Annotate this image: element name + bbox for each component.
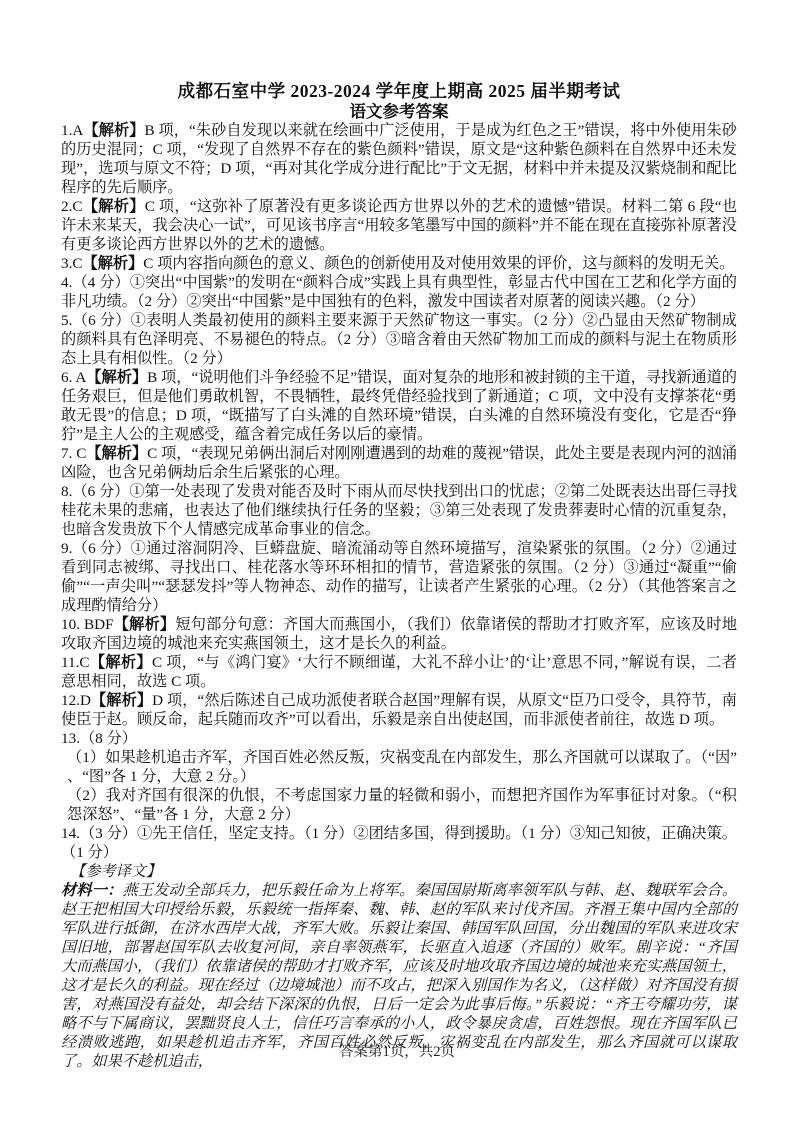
- paragraph-text: C 项，“表现兄弟俩出洞后对刚刚遭遇到的劫难的蔑视”错误，此处主要是表现内河的汹…: [61, 445, 737, 481]
- answer-6: 6. A【解析】B 项，“说明他们斗争经验不足”错误，面对复杂的地形和被封锁的主…: [61, 368, 737, 444]
- answer-3: 3.C【解析】C 项内容指向颜色的意义、颜色的创新使用及对使用效果的评价，这与颜…: [61, 254, 737, 273]
- answers-body: 1.A【解析】B 项，“朱砂自发现以来就在绘画中广泛使用，于是成为红色之王”错误…: [61, 121, 737, 1071]
- paragraph-label: 【解析】: [90, 654, 152, 671]
- paragraph-text: 13.（8 分）: [61, 730, 137, 747]
- paragraph-text: 4.（4 分）①突出“中国紫”的发明在“颜料合成”实践上具有典型性，彰显古代中国…: [61, 274, 737, 310]
- paragraph-text: 【参考译文】: [70, 863, 161, 880]
- answer-11: 11.C【解析】C 项，“与《鸿门宴》‘大行不顾细谨，大礼不辞小让’的‘让’意思…: [61, 653, 737, 691]
- paragraph-text: 7. C: [61, 445, 86, 462]
- paragraph-label: 【解析】: [83, 255, 144, 272]
- answer-5: 5.（6 分）①表明人类最初使用的颜料主要来源于天然矿物这一事实。（2 分）②凸…: [61, 311, 737, 368]
- paragraph-label: 【解析】: [83, 122, 144, 139]
- paragraph-text: 5.（6 分）①表明人类最初使用的颜料主要来源于天然矿物这一事实。（2 分）②凸…: [61, 312, 737, 367]
- paragraph-text: D 项，“然后陈述自己成功派使者联合赵国”理解有误，从原文“臣乃口受令，具符节，…: [61, 692, 737, 728]
- answer-10: 10. BDF【解析】短句部分句意：齐国大而燕国小，（我们）依靠诸侯的帮助才打败…: [61, 615, 737, 653]
- paragraph-label: 【解析】: [86, 445, 147, 462]
- paragraph-text: B 项，“朱砂自发现以来就在绘画中广泛使用，于是成为红色之王”错误，将中外使用朱…: [61, 122, 737, 196]
- answer-1: 1.A【解析】B 项，“朱砂自发现以来就在绘画中广泛使用，于是成为红色之王”错误…: [61, 121, 737, 197]
- paragraph-text: 12.D: [61, 692, 91, 709]
- paragraph-label: 【解析】: [91, 692, 152, 709]
- paragraph-label: 【解析】: [83, 198, 145, 215]
- paragraph-text: 14.（3 分）①先王信任，坚定支持。（1 分）②团结多国，得到援助。（1 分）…: [61, 825, 737, 861]
- paragraph-text: （2）我对齐国有很深的仇恨，不考虑国家力量的轻微和弱小，而想把齐国作为军事征讨对…: [67, 787, 737, 823]
- paragraph-text: 8.（6 分）①第一处表现了发贵对能否及时下雨从而尽快找到出口的忧虑；②第二处既…: [61, 483, 737, 538]
- answer-2: 2.C【解析】C 项，“这弥补了原著没有更多谈论西方世界以外的艺术的遗憾”错误。…: [61, 197, 737, 254]
- answer-8: 8.（6 分）①第一处表现了发贵对能否及时下雨从而尽快找到出口的忧虑；②第二处既…: [61, 482, 737, 539]
- paragraph-text: （1）如果趁机追击齐军，齐国百姓必然反叛，灾祸变乱在内部发生，那么齐国就可以谋取…: [67, 749, 737, 785]
- paragraph-text: 11.C: [61, 654, 90, 671]
- paragraph-label: 【解析】: [114, 616, 176, 633]
- paragraph-text: C 项，“这弥补了原著没有更多谈论西方世界以外的艺术的遗憾”错误。材料二第 6 …: [61, 198, 737, 253]
- answer-14: 14.（3 分）①先王信任，坚定支持。（1 分）②团结多国，得到援助。（1 分）…: [61, 824, 737, 862]
- page-title: 成都石室中学 2023-2024 学年度上期高 2025 届半期考试: [61, 81, 737, 102]
- answer-9: 9.（6 分）①通过溶洞阴冷、巨蟒盘旋、暗流涌动等自然环境描写，渲染紧张的氛围。…: [61, 539, 737, 615]
- paragraph-text: 3.C: [61, 255, 83, 272]
- answer-7: 7. C【解析】C 项，“表现兄弟俩出洞后对刚刚遭遇到的劫难的蔑视”错误，此处主…: [61, 444, 737, 482]
- title-block: 成都石室中学 2023-2024 学年度上期高 2025 届半期考试 语文参考答…: [61, 81, 737, 121]
- paragraph-text: 9.（6 分）①通过溶洞阴冷、巨蟒盘旋、暗流涌动等自然环境描写，渲染紧张的氛围。…: [61, 540, 737, 614]
- answer-4: 4.（4 分）①突出“中国紫”的发明在“颜料合成”实践上具有典型性，彰显古代中国…: [61, 273, 737, 311]
- paragraph-text: C 项内容指向颜色的意义、颜色的创新使用及对使用效果的评价，这与颜料的发明无关。: [143, 255, 734, 272]
- paragraph-text: 1.A: [61, 122, 83, 139]
- paragraph-label: 【解析】: [86, 369, 147, 386]
- answer-12: 12.D【解析】D 项，“然后陈述自己成功派使者联合赵国”理解有误，从原文“臣乃…: [61, 691, 737, 729]
- page-footer: 答案第1页，共2页: [0, 1040, 794, 1061]
- answer-13-1: （1）如果趁机追击齐军，齐国百姓必然反叛，灾祸变乱在内部发生，那么齐国就可以谋取…: [61, 748, 737, 786]
- answer-13-2: （2）我对齐国有很深的仇恨，不考虑国家力量的轻微和弱小，而想把齐国作为军事征讨对…: [61, 786, 737, 824]
- paragraph-text: B 项，“说明他们斗争经验不足”错误，面对复杂的地形和被封锁的主干道，寻找新通道…: [61, 369, 737, 443]
- paragraph-label: 材料一：: [61, 882, 122, 899]
- paragraph-text: 10. BDF: [61, 616, 114, 633]
- paragraph-text: C 项，“与《鸿门宴》‘大行不顾细谨，大礼不辞小让’的‘让’意思不同，”解说有误…: [61, 654, 737, 690]
- paragraph-text: 2.C: [61, 198, 83, 215]
- answer-13: 13.（8 分）: [61, 729, 737, 748]
- page-subtitle: 语文参考答案: [61, 102, 737, 121]
- translation-heading: 【参考译文】: [61, 862, 737, 881]
- document-page: 成都石室中学 2023-2024 学年度上期高 2025 届半期考试 语文参考答…: [0, 0, 794, 1123]
- paragraph-text: 6. A: [61, 369, 86, 386]
